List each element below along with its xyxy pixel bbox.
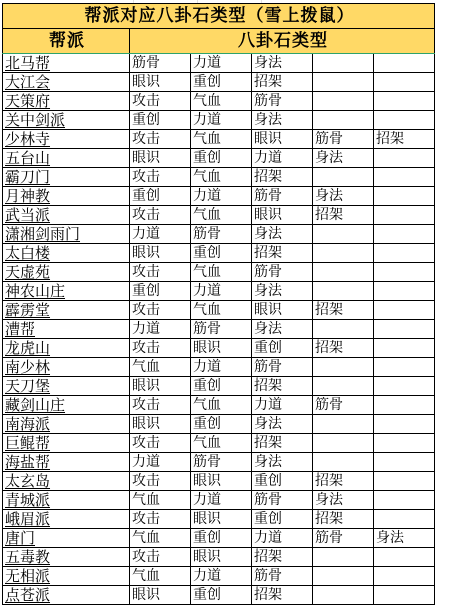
stone-type-cell[interactable] [313, 111, 374, 130]
sect-name-cell[interactable]: 霹雳堂 [3, 301, 130, 320]
stone-type-cell[interactable] [374, 586, 435, 605]
sect-name-cell[interactable]: 五台山 [3, 149, 130, 168]
table-row: 漕帮力道筋骨身法 [3, 320, 435, 339]
stone-type-cell[interactable]: 身法 [252, 225, 313, 244]
stone-type-cell[interactable]: 攻击 [130, 301, 191, 320]
stone-type-cell[interactable] [374, 244, 435, 263]
stone-type-cell[interactable]: 重创 [191, 244, 252, 263]
stone-type-cell[interactable] [313, 54, 374, 73]
stone-type-cell[interactable]: 眼识 [191, 510, 252, 529]
stone-type-cell[interactable] [374, 149, 435, 168]
stone-type-cell[interactable]: 气血 [191, 263, 252, 282]
stone-type-cell[interactable] [374, 187, 435, 206]
sect-name-cell[interactable]: 潇湘剑雨门 [3, 225, 130, 244]
sect-name-cell[interactable]: 北马帮 [3, 54, 130, 73]
stone-type-cell[interactable] [313, 73, 374, 92]
stone-type-cell[interactable]: 筋骨 [313, 130, 374, 149]
table-row: 天虚苑攻击气血筋骨 [3, 263, 435, 282]
stone-type-cell[interactable]: 气血 [191, 396, 252, 415]
stone-type-cell[interactable]: 攻击 [130, 168, 191, 187]
stone-type-cell[interactable]: 攻击 [130, 434, 191, 453]
stone-type-cell[interactable]: 筋骨 [313, 396, 374, 415]
table-row: 月神教重创力道筋骨身法 [3, 187, 435, 206]
sect-name-cell[interactable]: 藏剑山庄 [3, 396, 130, 415]
stone-type-cell[interactable] [374, 567, 435, 586]
stone-type-cell[interactable] [313, 320, 374, 339]
table-row: 海盐帮力道筋骨身法 [3, 453, 435, 472]
stone-type-cell[interactable] [313, 548, 374, 567]
stone-type-cell[interactable] [313, 282, 374, 301]
stone-type-cell[interactable] [374, 548, 435, 567]
stone-type-cell[interactable]: 重创 [191, 529, 252, 548]
stone-type-cell[interactable]: 力道 [252, 396, 313, 415]
stone-type-cell[interactable]: 眼识 [130, 244, 191, 263]
sect-name-cell[interactable]: 唐门 [3, 529, 130, 548]
stone-type-cell[interactable]: 招架 [313, 339, 374, 358]
stone-type-cell[interactable]: 攻击 [130, 206, 191, 225]
stone-type-cell[interactable]: 眼识 [252, 130, 313, 149]
stone-type-cell[interactable]: 身法 [252, 282, 313, 301]
stone-type-cell[interactable]: 招架 [313, 510, 374, 529]
sect-name-cell[interactable]: 五毒教 [3, 548, 130, 567]
table-row: 神农山庄重创力道身法 [3, 282, 435, 301]
stone-type-cell[interactable]: 身法 [252, 111, 313, 130]
stone-type-cell[interactable]: 筋骨 [252, 263, 313, 282]
stone-type-cell[interactable]: 眼识 [191, 548, 252, 567]
stone-type-cell[interactable] [313, 377, 374, 396]
stone-type-cell[interactable]: 气血 [191, 434, 252, 453]
stone-type-cell[interactable] [313, 453, 374, 472]
stone-type-cell[interactable]: 气血 [130, 567, 191, 586]
sect-name-cell[interactable]: 海盐帮 [3, 453, 130, 472]
table-row: 五台山眼识重创力道身法 [3, 149, 435, 168]
stone-type-cell[interactable] [374, 339, 435, 358]
sect-name-cell[interactable]: 巨鲲帮 [3, 434, 130, 453]
table-row: 五毒教攻击眼识招架 [3, 548, 435, 567]
stone-type-cell[interactable]: 招架 [252, 548, 313, 567]
sect-name-cell[interactable]: 武当派 [3, 206, 130, 225]
stone-type-cell[interactable]: 眼识 [130, 415, 191, 434]
stone-type-cell[interactable]: 眼识 [130, 586, 191, 605]
stone-type-cell[interactable]: 气血 [130, 491, 191, 510]
stone-type-cell[interactable]: 身法 [252, 54, 313, 73]
header-stone-types[interactable]: 八卦石类型 [130, 29, 435, 54]
stone-type-cell[interactable]: 身法 [374, 529, 435, 548]
stone-type-cell[interactable]: 筋骨 [191, 320, 252, 339]
stone-type-cell[interactable]: 重创 [191, 149, 252, 168]
stone-type-cell[interactable]: 攻击 [130, 472, 191, 491]
stone-type-cell[interactable]: 重创 [252, 510, 313, 529]
stone-type-cell[interactable]: 力道 [191, 491, 252, 510]
stone-type-cell[interactable]: 重创 [191, 73, 252, 92]
stone-type-cell[interactable] [374, 491, 435, 510]
stone-type-cell[interactable]: 眼识 [252, 206, 313, 225]
stone-type-cell[interactable] [374, 282, 435, 301]
sect-name-cell[interactable]: 天刀堡 [3, 377, 130, 396]
table-row: 太玄岛攻击眼识重创招架 [3, 472, 435, 491]
stone-type-cell[interactable]: 力道 [252, 149, 313, 168]
stone-type-cell[interactable]: 筋骨 [252, 92, 313, 111]
table-row: 霸刀门攻击气血招架 [3, 168, 435, 187]
stone-type-cell[interactable]: 攻击 [130, 339, 191, 358]
stone-type-cell[interactable] [313, 263, 374, 282]
stone-type-cell[interactable] [374, 206, 435, 225]
stone-type-cell[interactable] [374, 320, 435, 339]
stone-type-cell[interactable] [374, 263, 435, 282]
stone-type-cell[interactable]: 重创 [130, 282, 191, 301]
stone-type-cell[interactable]: 招架 [252, 377, 313, 396]
table-row: 点苍派眼识重创招架 [3, 586, 435, 605]
stone-type-cell[interactable]: 重创 [191, 377, 252, 396]
stone-type-cell[interactable]: 眼识 [252, 301, 313, 320]
stone-type-cell[interactable]: 眼识 [130, 149, 191, 168]
stone-type-cell[interactable]: 力道 [191, 282, 252, 301]
stone-type-cell[interactable]: 筋骨 [252, 491, 313, 510]
stone-type-cell[interactable]: 眼识 [130, 377, 191, 396]
table-row: 青城派气血力道筋骨身法 [3, 491, 435, 510]
stone-type-cell[interactable]: 力道 [191, 54, 252, 73]
stone-type-cell[interactable]: 筋骨 [252, 187, 313, 206]
table-row: 北马帮筋骨力道身法 [3, 54, 435, 73]
stone-type-cell[interactable] [374, 301, 435, 320]
stone-type-cell[interactable]: 招架 [313, 301, 374, 320]
table-row: 藏剑山庄攻击气血力道筋骨 [3, 396, 435, 415]
stone-type-cell[interactable] [374, 377, 435, 396]
stone-type-cell[interactable]: 攻击 [130, 130, 191, 149]
table-row: 唐门气血重创力道筋骨身法 [3, 529, 435, 548]
stone-type-cell[interactable] [313, 168, 374, 187]
stone-type-cell[interactable]: 眼识 [191, 339, 252, 358]
stone-type-cell[interactable]: 力道 [130, 453, 191, 472]
sect-name-cell[interactable]: 太玄岛 [3, 472, 130, 491]
stone-type-cell[interactable] [374, 73, 435, 92]
sect-name-cell[interactable]: 点苍派 [3, 586, 130, 605]
stone-type-cell[interactable]: 重创 [130, 111, 191, 130]
sect-name-cell[interactable]: 大江会 [3, 73, 130, 92]
stone-type-cell[interactable]: 攻击 [130, 396, 191, 415]
stone-type-cell[interactable]: 身法 [252, 415, 313, 434]
sect-name-cell[interactable]: 月神教 [3, 187, 130, 206]
stone-type-cell[interactable] [374, 358, 435, 377]
stone-type-cell[interactable] [313, 225, 374, 244]
stone-type-cell[interactable]: 重创 [191, 415, 252, 434]
stone-type-cell[interactable]: 攻击 [130, 548, 191, 567]
stone-type-cell[interactable]: 筋骨 [191, 225, 252, 244]
sect-stone-table: 帮派对应八卦石类型（雪上拨鼠） 帮派 八卦石类型 北马帮筋骨力道身法大江会眼识重… [2, 3, 435, 605]
stone-type-cell[interactable] [313, 586, 374, 605]
stone-type-cell[interactable]: 招架 [374, 130, 435, 149]
stone-type-cell[interactable] [374, 510, 435, 529]
table-row: 南海派眼识重创身法 [3, 415, 435, 434]
sect-name-cell[interactable]: 漕帮 [3, 320, 130, 339]
title-row: 帮派对应八卦石类型（雪上拨鼠） [3, 4, 435, 29]
sect-name-cell[interactable]: 南海派 [3, 415, 130, 434]
sect-name-cell[interactable]: 霸刀门 [3, 168, 130, 187]
header-row: 帮派 八卦石类型 [3, 29, 435, 54]
sect-name-cell[interactable]: 无相派 [3, 567, 130, 586]
stone-type-cell[interactable]: 身法 [313, 149, 374, 168]
sect-name-cell[interactable]: 天虚苑 [3, 263, 130, 282]
stone-type-cell[interactable] [374, 415, 435, 434]
stone-type-cell[interactable]: 身法 [313, 187, 374, 206]
table-row: 少林寺攻击气血眼识筋骨招架 [3, 130, 435, 149]
stone-type-cell[interactable]: 招架 [252, 244, 313, 263]
stone-type-cell[interactable]: 筋骨 [313, 529, 374, 548]
sheet-title[interactable]: 帮派对应八卦石类型（雪上拨鼠） [3, 4, 435, 29]
stone-type-cell[interactable] [374, 472, 435, 491]
stone-type-cell[interactable]: 重创 [191, 586, 252, 605]
stone-type-cell[interactable]: 气血 [191, 92, 252, 111]
stone-type-cell[interactable]: 招架 [252, 168, 313, 187]
stone-type-cell[interactable]: 攻击 [130, 263, 191, 282]
sect-name-cell[interactable]: 南少林 [3, 358, 130, 377]
table-row: 天刀堡眼识重创招架 [3, 377, 435, 396]
stone-type-cell[interactable] [374, 92, 435, 111]
stone-type-cell[interactable] [313, 415, 374, 434]
stone-type-cell[interactable]: 重创 [252, 472, 313, 491]
stone-type-cell[interactable]: 重创 [252, 339, 313, 358]
stone-type-cell[interactable]: 气血 [130, 529, 191, 548]
stone-type-cell[interactable] [313, 358, 374, 377]
stone-type-cell[interactable] [374, 453, 435, 472]
stone-type-cell[interactable]: 力道 [252, 529, 313, 548]
stone-type-cell[interactable]: 气血 [191, 168, 252, 187]
table-row: 关中剑派重创力道身法 [3, 111, 435, 130]
stone-type-cell[interactable]: 力道 [130, 320, 191, 339]
stone-type-cell[interactable]: 力道 [191, 567, 252, 586]
table-row: 大江会眼识重创招架 [3, 73, 435, 92]
sect-name-cell[interactable]: 青城派 [3, 491, 130, 510]
sect-name-cell[interactable]: 关中剑派 [3, 111, 130, 130]
table-row: 霹雳堂攻击气血眼识招架 [3, 301, 435, 320]
sect-name-cell[interactable]: 神农山庄 [3, 282, 130, 301]
table-row: 南少林气血力道筋骨 [3, 358, 435, 377]
stone-type-cell[interactable]: 筋骨 [130, 54, 191, 73]
stone-type-cell[interactable] [313, 92, 374, 111]
table-row: 天策府攻击气血筋骨 [3, 92, 435, 111]
table-row: 潇湘剑雨门力道筋骨身法 [3, 225, 435, 244]
sect-name-cell[interactable]: 峨眉派 [3, 510, 130, 529]
stone-type-cell[interactable]: 气血 [191, 130, 252, 149]
table-row: 峨眉派攻击眼识重创招架 [3, 510, 435, 529]
stone-type-cell[interactable]: 眼识 [130, 73, 191, 92]
stone-type-cell[interactable] [374, 168, 435, 187]
table-row: 太白楼眼识重创招架 [3, 244, 435, 263]
stone-type-cell[interactable]: 身法 [252, 453, 313, 472]
stone-type-cell[interactable]: 眼识 [191, 472, 252, 491]
stone-type-cell[interactable]: 筋骨 [191, 453, 252, 472]
table-row: 武当派攻击气血眼识招架 [3, 206, 435, 225]
stone-type-cell[interactable]: 力道 [130, 225, 191, 244]
stone-type-cell[interactable]: 力道 [191, 187, 252, 206]
spreadsheet: 帮派对应八卦石类型（雪上拨鼠） 帮派 八卦石类型 北马帮筋骨力道身法大江会眼识重… [2, 3, 435, 605]
stone-type-cell[interactable] [374, 111, 435, 130]
sect-name-cell[interactable]: 少林寺 [3, 130, 130, 149]
stone-type-cell[interactable]: 筋骨 [252, 567, 313, 586]
stone-type-cell[interactable]: 力道 [191, 111, 252, 130]
stone-type-cell[interactable] [313, 434, 374, 453]
stone-type-cell[interactable] [374, 434, 435, 453]
stone-type-cell[interactable]: 招架 [252, 586, 313, 605]
table-row: 龙虎山攻击眼识重创招架 [3, 339, 435, 358]
stone-type-cell[interactable]: 招架 [252, 73, 313, 92]
stone-type-cell[interactable]: 招架 [313, 206, 374, 225]
header-sect[interactable]: 帮派 [3, 29, 130, 54]
stone-type-cell[interactable]: 招架 [313, 472, 374, 491]
table-row: 无相派气血力道筋骨 [3, 567, 435, 586]
table-row: 巨鲲帮攻击气血招架 [3, 434, 435, 453]
stone-type-cell[interactable]: 气血 [130, 358, 191, 377]
stone-type-cell[interactable]: 力道 [191, 358, 252, 377]
stone-type-cell[interactable] [374, 225, 435, 244]
stone-type-cell[interactable] [374, 54, 435, 73]
sect-name-cell[interactable]: 太白楼 [3, 244, 130, 263]
stone-type-cell[interactable] [313, 567, 374, 586]
stone-type-cell[interactable]: 身法 [252, 320, 313, 339]
sect-name-cell[interactable]: 龙虎山 [3, 339, 130, 358]
sect-name-cell[interactable]: 天策府 [3, 92, 130, 111]
stone-type-cell[interactable]: 身法 [313, 491, 374, 510]
stone-type-cell[interactable]: 气血 [191, 301, 252, 320]
stone-type-cell[interactable]: 重创 [130, 187, 191, 206]
stone-type-cell[interactable]: 招架 [252, 434, 313, 453]
stone-type-cell[interactable] [313, 244, 374, 263]
stone-type-cell[interactable]: 气血 [191, 206, 252, 225]
stone-type-cell[interactable]: 攻击 [130, 92, 191, 111]
stone-type-cell[interactable]: 筋骨 [252, 358, 313, 377]
stone-type-cell[interactable]: 攻击 [130, 510, 191, 529]
stone-type-cell[interactable] [374, 396, 435, 415]
